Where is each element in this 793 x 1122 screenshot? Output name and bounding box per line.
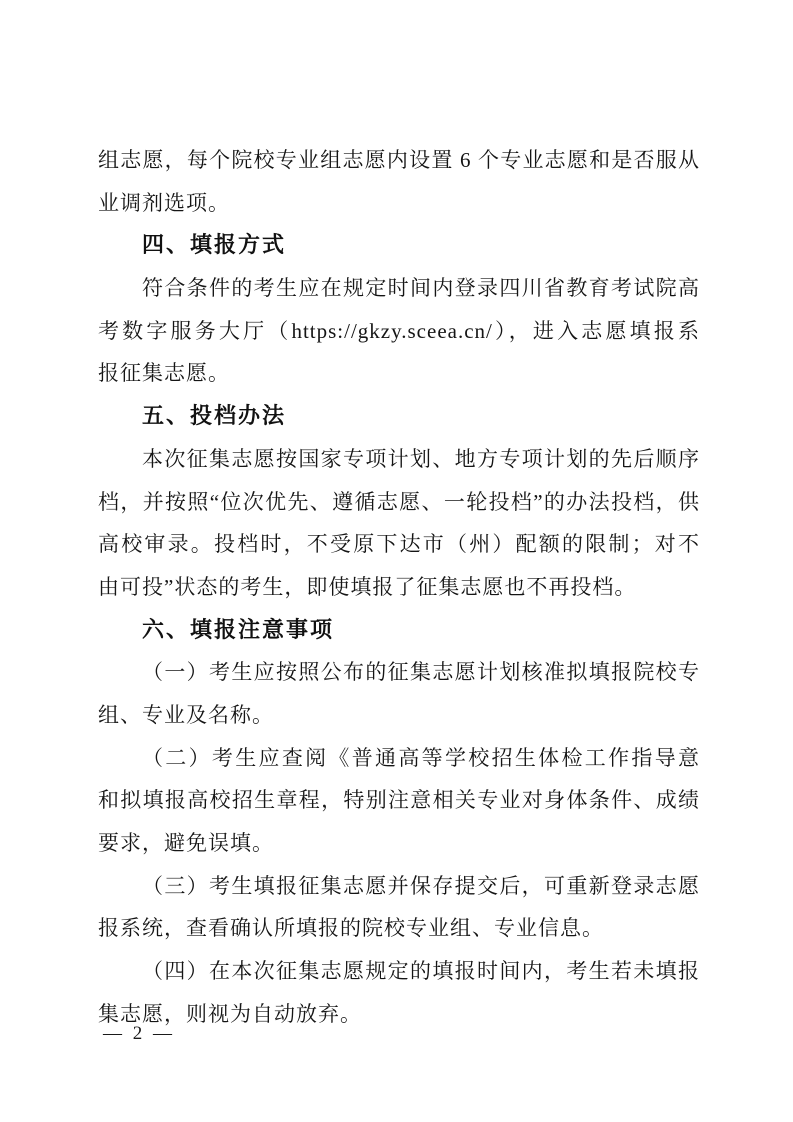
doc-line: 业调剂选项。 — [98, 182, 700, 225]
doc-line: 要求，避免误填。 — [98, 822, 700, 865]
page-number: — 2 — — [103, 1019, 175, 1049]
doc-line: 和拟填报高校招生章程，特别注意相关专业对身体条件、成绩等 — [98, 779, 700, 822]
doc-line: （三）考生填报征集志愿并保存提交后，可重新登录志愿填 — [98, 865, 700, 908]
document-body: 组志愿，每个院校专业组志愿内设置 6 个专业志愿和是否服从专业调剂选项。四、填报… — [98, 139, 700, 1035]
document-page: 组志愿，每个院校专业组志愿内设置 6 个专业志愿和是否服从专业调剂选项。四、填报… — [0, 0, 793, 1122]
doc-line: 符合条件的考生应在规定时间内登录四川省教育考试院高 — [98, 267, 700, 310]
doc-line: （一）考生应按照公布的征集志愿计划核准拟填报院校专业 — [98, 651, 700, 694]
doc-line: 报征集志愿。 — [98, 352, 700, 395]
doc-line: 高校审录。投档时，不受原下达市（州）配额的限制；对不是“自 — [98, 523, 700, 566]
doc-line: 集志愿，则视为自动放弃。 — [98, 993, 700, 1036]
section-heading: 四、填报方式 — [98, 224, 700, 267]
doc-line: 组志愿，每个院校专业组志愿内设置 6 个专业志愿和是否服从专 — [98, 139, 700, 182]
doc-line: （二）考生应查阅《普通高等学校招生体检工作指导意见》 — [98, 737, 700, 780]
doc-line: 档，并按照“位次优先、遵循志愿、一轮投档”的办法投档，供 — [98, 481, 700, 524]
section-heading: 六、填报注意事项 — [98, 609, 700, 652]
section-heading: 五、投档办法 — [98, 395, 700, 438]
doc-line: 本次征集志愿按国家专项计划、地方专项计划的先后顺序投 — [98, 438, 700, 481]
doc-line: 报系统，查看确认所填报的院校专业组、专业信息。 — [98, 907, 700, 950]
doc-line: 考数字服务大厅（https://gkzy.sceea.cn/），进入志愿填报系统… — [98, 310, 700, 353]
doc-line: （四）在本次征集志愿规定的填报时间内，考生若未填报征 — [98, 950, 700, 993]
doc-line: 组、专业及名称。 — [98, 694, 700, 737]
doc-line: 由可投”状态的考生，即使填报了征集志愿也不再投档。 — [98, 566, 700, 609]
